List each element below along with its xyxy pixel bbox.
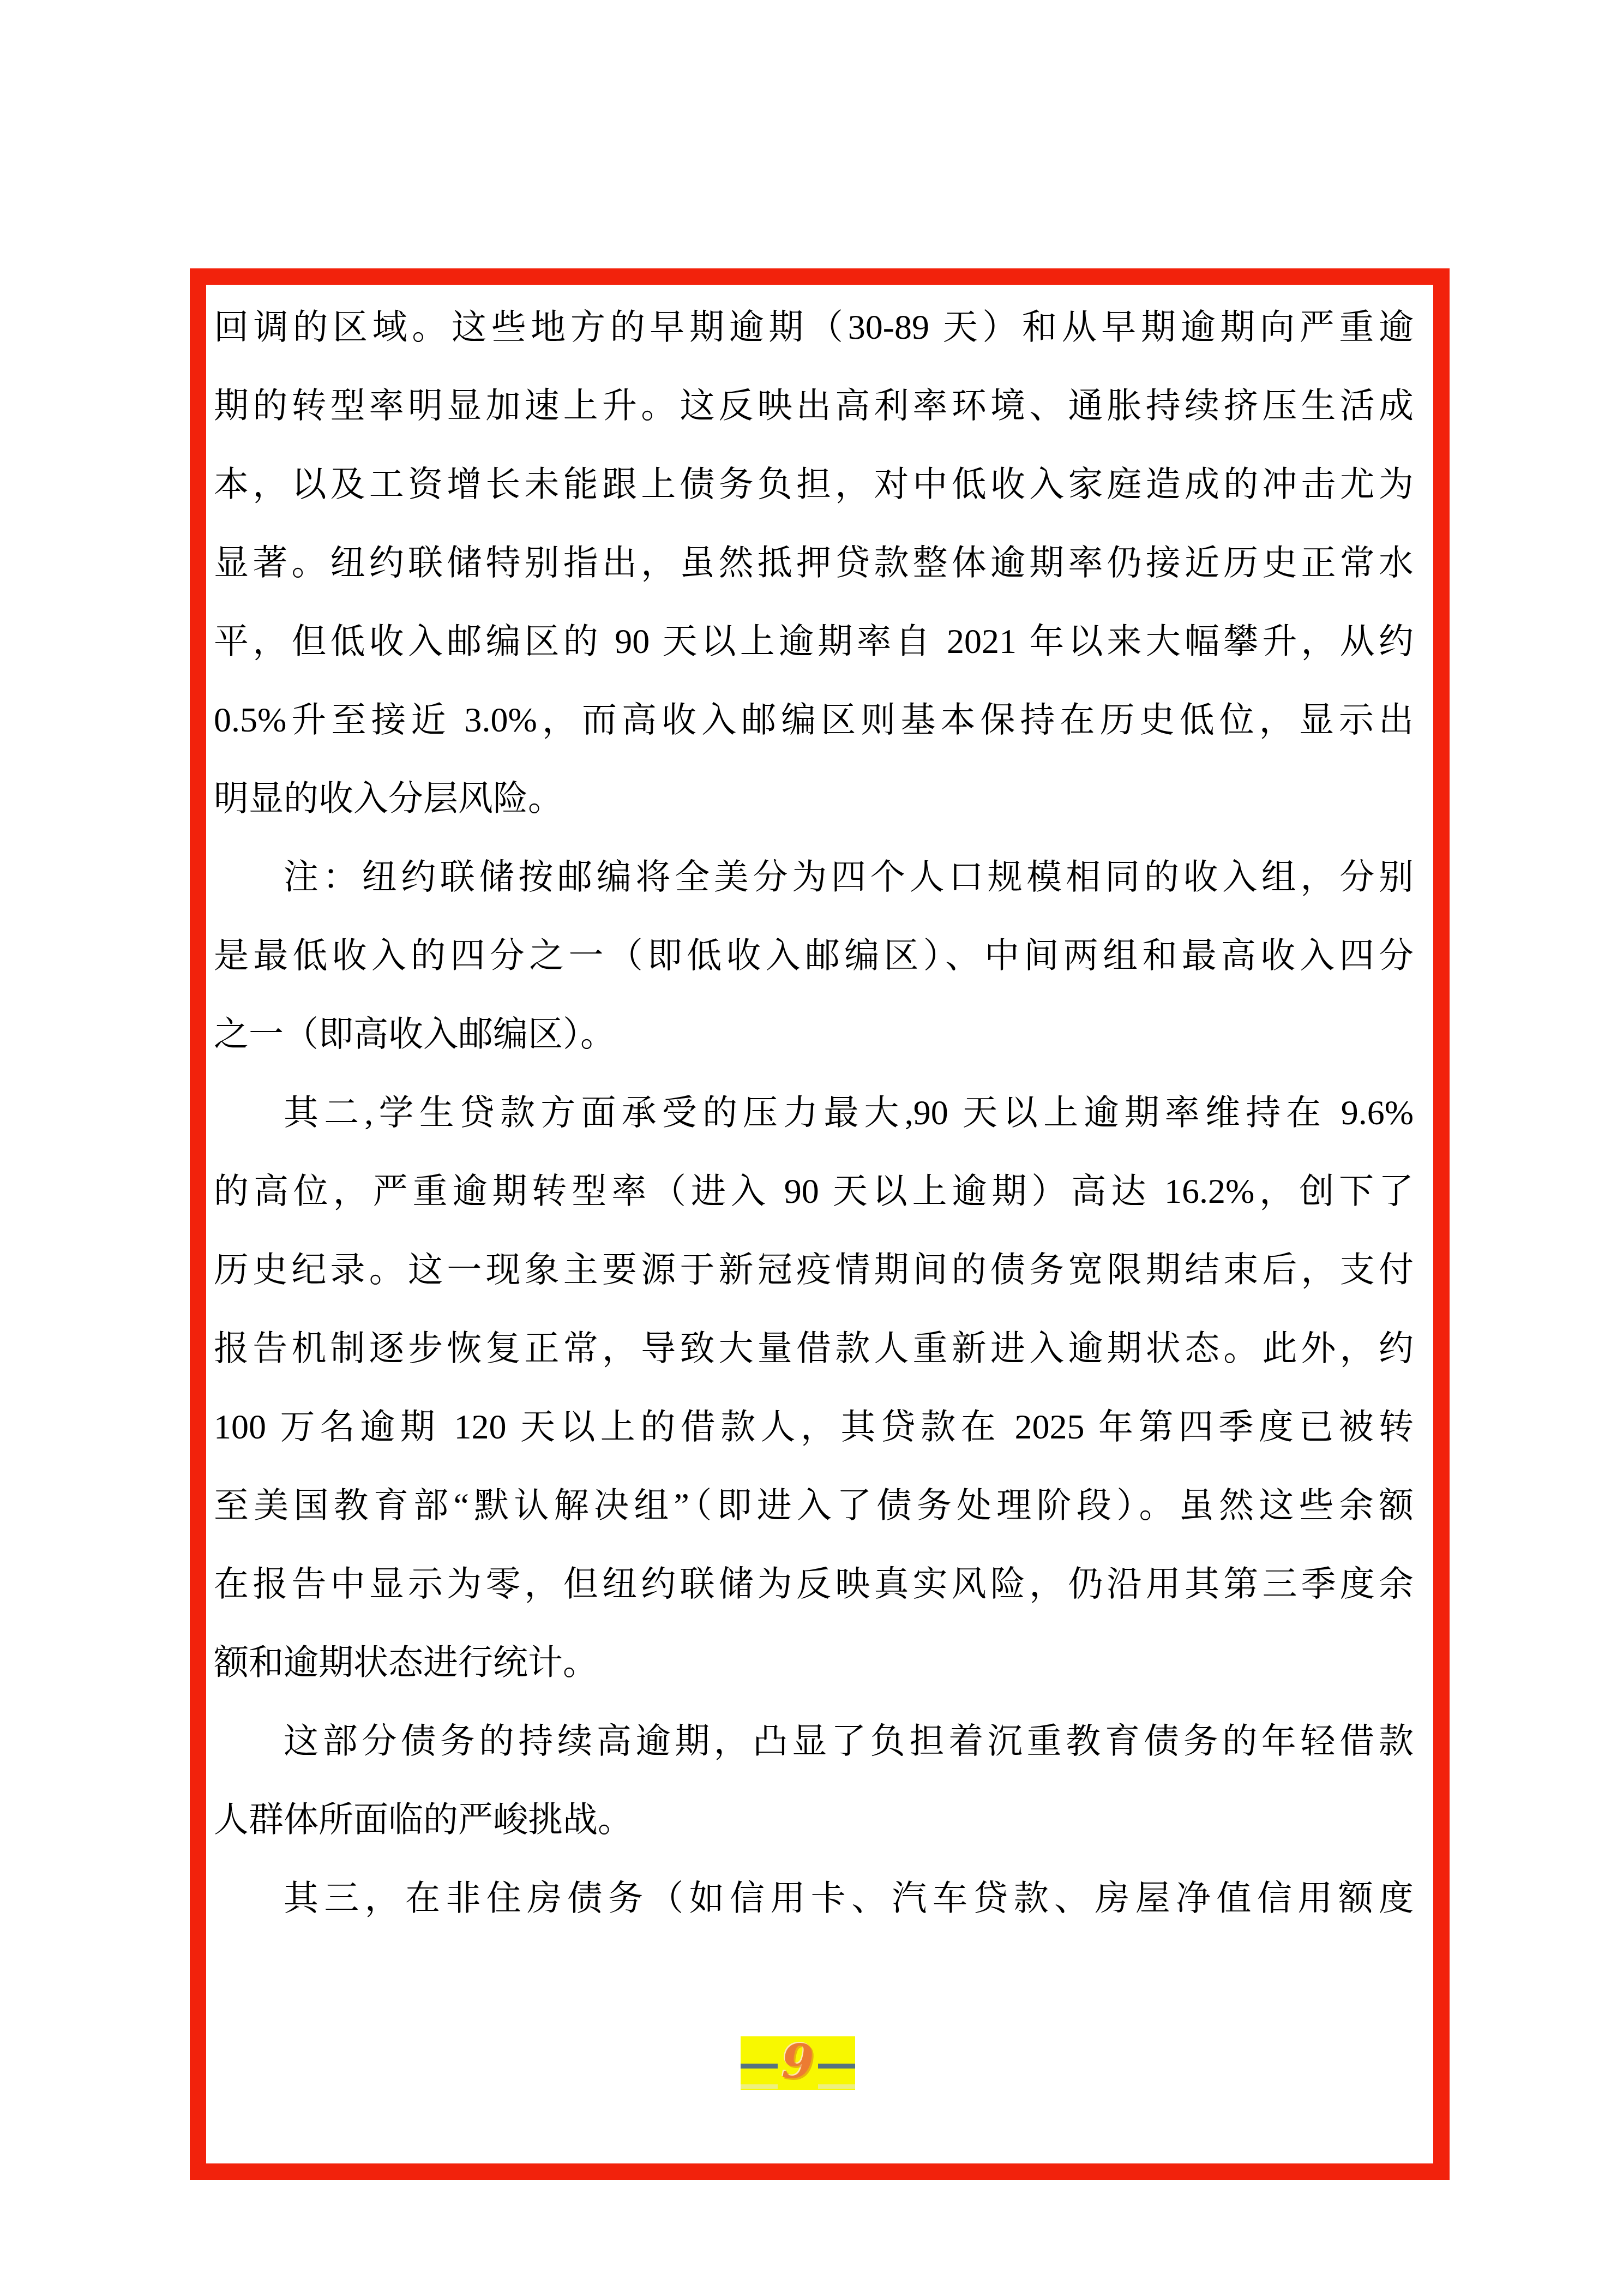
page-footer: — 9 — [741,2036,855,2090]
text-line: 回调的区域。这些地方的早期逾期（30-89 天）和从早期逾期向严重逾 [214,288,1414,367]
page-number-highlight: — 9 — [741,2036,855,2090]
page-number-dash-right-icon: — [818,2064,855,2069]
text-line: 在报告中显示为零，但纽约联储为反映真实风险，仍沿用其第三季度余 [214,1545,1414,1623]
text-line: 人群体所面临的严峻挑战。 [214,1781,1414,1859]
text-line: 100 万名逾期 120 天以上的借款人，其贷款在 2025 年第四季度已被转 [214,1388,1414,1466]
text-line: 本，以及工资增长未能跟上债务负担，对中低收入家庭造成的冲击尤为 [214,445,1414,524]
text-line: 明显的收入分层风险。 [214,759,1414,838]
text-line: 其二,学生贷款方面承受的压力最大,90 天以上逾期率维持在 9.6% [214,1074,1414,1152]
text-line: 之一（即高收入邮编区）。 [214,995,1414,1074]
page-number: 9 [782,2039,814,2085]
text-line: 显著。纽约联储特别指出，虽然抵押贷款整体逾期率仍接近历史正常水 [214,524,1414,602]
page-number-dash-left-icon: — [741,2064,778,2069]
text-line: 注：纽约联储按邮编将全美分为四个人口规模相同的收入组，分别 [214,838,1414,916]
text-line: 这部分债务的持续高逾期，凸显了负担着沉重教育债务的年轻借款 [214,1702,1414,1781]
text-line: 报告机制逐步恢复正常，导致大量借款人重新进入逾期状态。此外，约 [214,1309,1414,1388]
text-line: 至美国教育部“默认解决组”（即进入了债务处理阶段）。虽然这些余额 [214,1466,1414,1545]
text-line: 历史纪录。这一现象主要源于新冠疫情期间的债务宽限期结束后，支付 [214,1231,1414,1309]
text-line: 额和逾期状态进行统计。 [214,1623,1414,1702]
text-line: 的高位，严重逾期转型率（进入 90 天以上逾期）高达 16.2%，创下了 [214,1152,1414,1231]
text-line: 0.5%升至接近 3.0%，而高收入邮编区则基本保持在历史低位，显示出 [214,681,1414,759]
highlight-underline-left [741,2084,778,2089]
body-text-block: 回调的区域。这些地方的早期逾期（30-89 天）和从早期逾期向严重逾 期的转型率… [214,288,1414,1938]
text-line: 期的转型率明显加速上升。这反映出高利率环境、通胀持续挤压生活成 [214,367,1414,445]
highlight-underline-right [818,2084,855,2089]
text-line: 是最低收入的四分之一（即低收入邮编区）、中间两组和最高收入四分 [214,916,1414,995]
text-line: 其三，在非住房债务（如信用卡、汽车贷款、房屋净值信用额度 [214,1859,1414,1938]
text-line: 平，但低收入邮编区的 90 天以上逾期率自 2021 年以来大幅攀升，从约 [214,602,1414,681]
page-border-frame: 回调的区域。这些地方的早期逾期（30-89 天）和从早期逾期向严重逾 期的转型率… [190,268,1450,2180]
